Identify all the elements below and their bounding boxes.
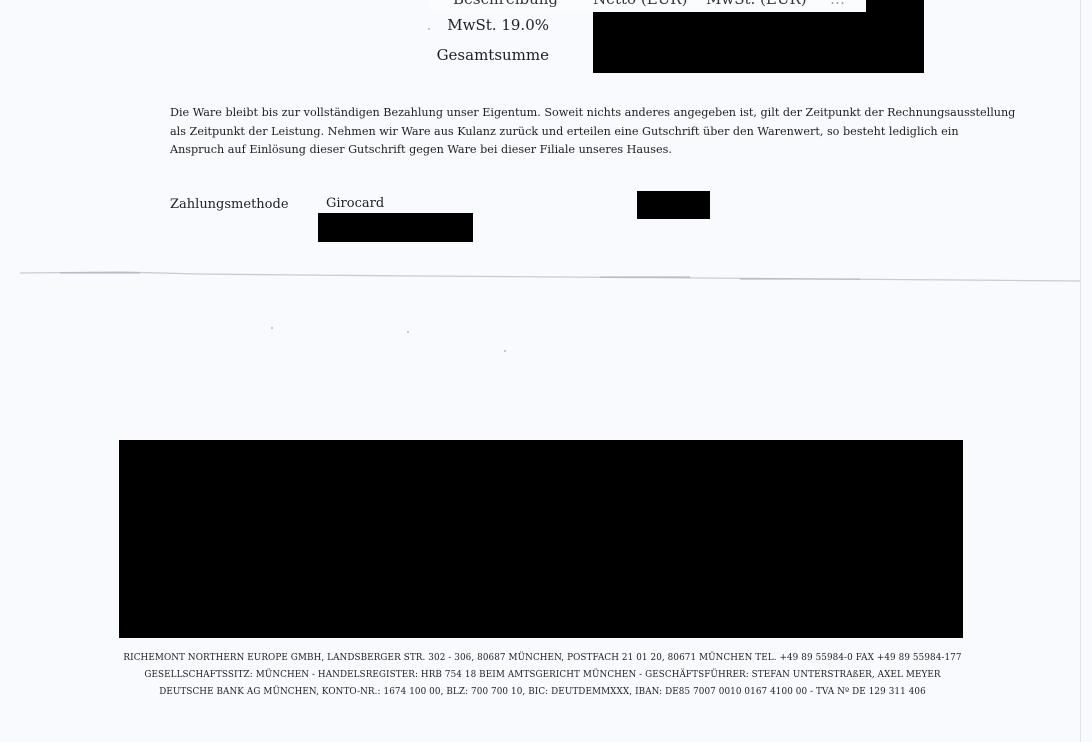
header-vat: MwSt. (EUR) bbox=[706, 0, 807, 8]
payment-method-value: Girocard bbox=[326, 196, 384, 211]
paper-speck bbox=[407, 331, 409, 333]
total-label: Gesamtsumme bbox=[389, 46, 549, 64]
header-more: … bbox=[830, 0, 845, 8]
page-edge bbox=[1080, 0, 1081, 742]
paper-speck bbox=[428, 28, 430, 30]
table-header-cutoff: Beschreibung Netto (EUR) MwSt. (EUR) … bbox=[430, 0, 866, 12]
notice-line: Anspruch auf Einlösung dieser Gutschrift… bbox=[170, 141, 930, 160]
payment-method-label: Zahlungsmethode bbox=[170, 197, 289, 212]
header-description: Beschreibung bbox=[453, 0, 558, 8]
redacted-amount bbox=[637, 191, 710, 219]
ownership-notice: Die Ware bleibt bis zur vollständigen Be… bbox=[170, 104, 930, 160]
notice-line: als Zeitpunkt der Leistung. Nehmen wir W… bbox=[170, 123, 930, 142]
vat-label: MwSt. 19.0% bbox=[389, 16, 549, 34]
notice-line: Die Ware bleibt bis zur vollständigen Be… bbox=[170, 104, 930, 123]
header-net: Netto (EUR) bbox=[593, 0, 687, 8]
footer-line: GESELLSCHAFTSSITZ: MÜNCHEN - HANDELSREGI… bbox=[120, 667, 965, 684]
paper-speck bbox=[271, 327, 273, 329]
footer-line: RICHEMONT NORTHERN EUROPE GMBH, LANDSBER… bbox=[120, 650, 965, 667]
footer-line: DEUTSCHE BANK AG MÜNCHEN, KONTO-NR.: 167… bbox=[120, 684, 965, 701]
redacted-large-block bbox=[119, 440, 963, 638]
redacted-card-number bbox=[318, 213, 473, 242]
scanned-invoice-page: Beschreibung Netto (EUR) MwSt. (EUR) … M… bbox=[0, 0, 1092, 742]
paper-fold-line bbox=[0, 268, 1080, 282]
company-footer: RICHEMONT NORTHERN EUROPE GMBH, LANDSBER… bbox=[120, 650, 965, 701]
paper-speck bbox=[504, 350, 506, 352]
